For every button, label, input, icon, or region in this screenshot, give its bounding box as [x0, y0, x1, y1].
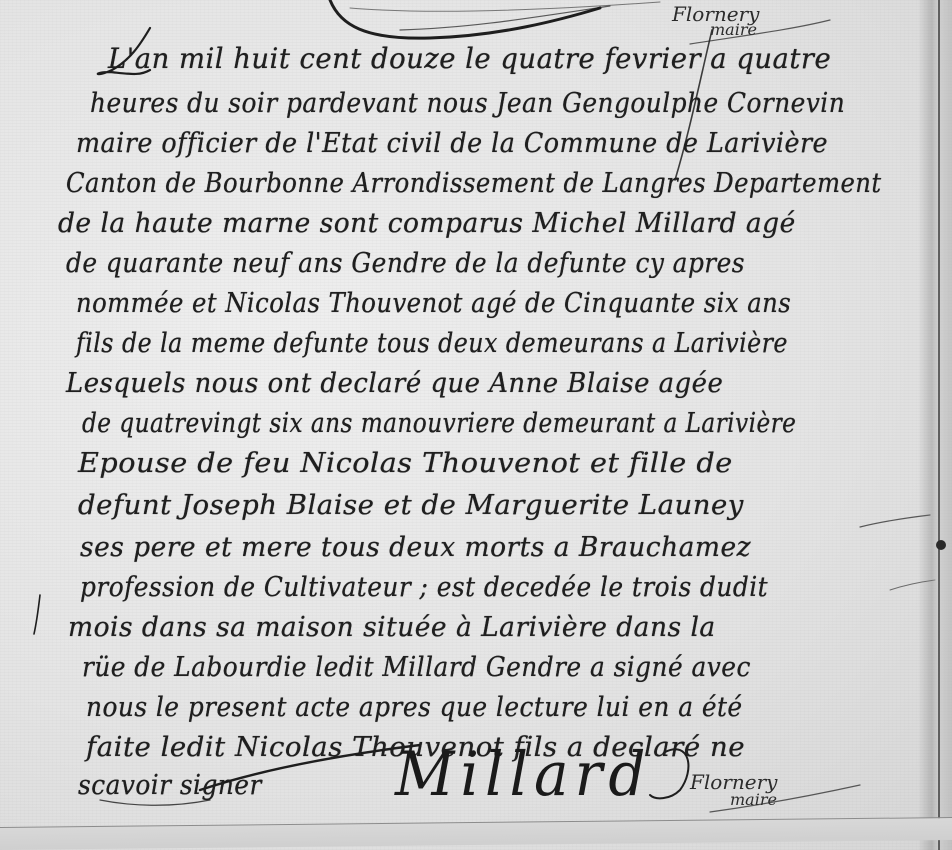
page-bottom-edge: [0, 817, 952, 850]
text-line: heures du soir pardevant nous Jean Gengo…: [90, 88, 911, 119]
previous-act-mayor-signature: Flornery maire: [672, 2, 759, 39]
text-line: scavoir signer: [78, 770, 278, 801]
text-line: Canton de Bourbonne Arrondissement de La…: [66, 168, 952, 199]
binding-thread: [936, 540, 946, 550]
text-line: de la haute marne sont comparus Michel M…: [58, 208, 811, 239]
text-line: defunt Joseph Blaise et de Marguerite La…: [78, 490, 731, 521]
binding-edge: [938, 0, 940, 850]
binding-gutter: [918, 0, 952, 850]
text-line: ses pere et mere tous deux morts a Brauc…: [80, 532, 765, 563]
text-line: de quatrevingt six ans manouvriere demeu…: [82, 408, 913, 439]
declarant-signature: Millard: [395, 738, 651, 809]
signature-title: maire: [730, 790, 777, 809]
signature-title: maire: [710, 20, 759, 39]
text-line: nommée et Nicolas Thouvenot agé de Cinqu…: [76, 288, 871, 319]
mayor-signature: Flornery maire: [690, 770, 777, 809]
text-line: profession de Cultivateur ; est decedée …: [80, 572, 828, 603]
text-line: maire officier de l'Etat civil de la Com…: [76, 128, 876, 159]
text-line: Lesquels nous ont declaré que Anne Blais…: [66, 368, 751, 399]
text-line: rüe de Labourdie ledit Millard Gendre a …: [82, 652, 809, 683]
text-line: de quarante neuf ans Gendre de la defunt…: [66, 248, 804, 279]
text-line: mois dans sa maison située à Larivière d…: [68, 612, 729, 643]
text-line: L'an mil huit cent douze le quatre fevri…: [108, 42, 846, 75]
text-line: nous le present acte apres que lecture l…: [86, 692, 800, 723]
document-scan: Flornery maire L'an mil huit cent douze …: [0, 0, 952, 850]
text-line: fils de la meme defunte tous deux demeur…: [76, 328, 885, 359]
text-line: Epouse de feu Nicolas Thouvenot et fille…: [78, 448, 696, 479]
